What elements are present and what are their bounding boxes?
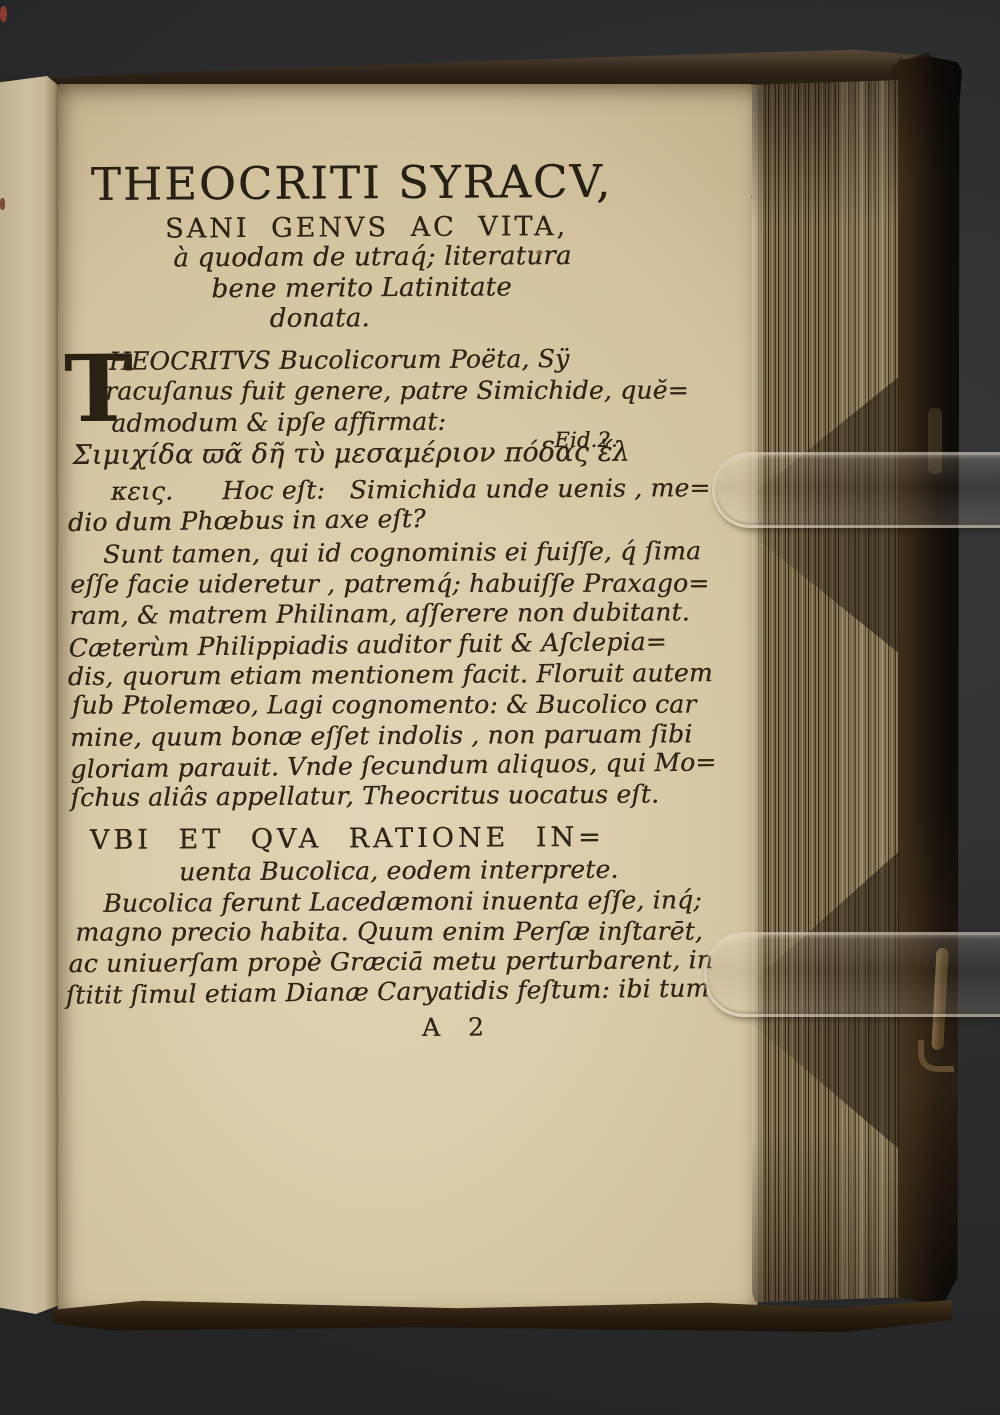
gathering-signature: A 2: [422, 1015, 485, 1040]
paragraph2-line: mine, quum bonæ eſſet indolis , non paru…: [70, 721, 692, 750]
page-title-line-2: SANI GENVS AC VITA,: [165, 213, 568, 242]
paragraph2-line: gloriam parauit. Vnde ſecundum aliquos, …: [70, 749, 716, 781]
paragraph1-line: racuſanus fuit genere, patre Simichide, …: [105, 378, 689, 404]
paragraph2-line: ſchus aliâs appellatur, Theocritus uocat…: [71, 781, 660, 810]
translation-line: κεις. Hoc eſt: Simichida unde uenis , me…: [111, 475, 711, 504]
paragraph2-line: eſſe facie uideretur , patremq́; habuiſſ…: [70, 571, 709, 597]
paragraph3-line: Bucolica ferunt Lacedæmoni inuenta eſſe,…: [103, 887, 702, 916]
paragraph3-line: ſtitit ſimul etiam Dianæ Caryatidis feſt…: [66, 975, 710, 1007]
book-photo-stage: THEOCRITI SYRACV, SANI GENVS AC VITA, à …: [0, 0, 1000, 1415]
book-right-cover-board: [898, 56, 962, 1308]
paragraph2-line: ſub Ptolemæo, Lagi cognomento: & Bucolic…: [72, 692, 697, 718]
paragraph1-line: admodum & ipſe affirmat:: [111, 409, 446, 436]
page-subtitle-line-1: à quodam de utraq́; literatura: [173, 243, 571, 271]
facing-page-gutter: [0, 76, 62, 1314]
transparent-page-weight-lower: [704, 932, 1000, 1017]
greek-quotation-line: Σιμιχίδα ϖᾶ δῆ τὺ μεσαμέριον πόδας ἕλ: [72, 439, 629, 469]
paragraph2-line: dis, quorum etiam mentionem facit. Floru…: [68, 660, 713, 689]
paragraph2-line: Cæterùm Philippiadis auditor fuit & Aſcl…: [69, 629, 668, 661]
paragraph3-line: magno precio habita. Quum enim Perſæ inſ…: [75, 919, 703, 945]
paragraph2-line: Sunt tamen, qui id cognominis ei fuiſſe,…: [103, 538, 701, 567]
book-page: THEOCRITI SYRACV, SANI GENVS AC VITA, à …: [58, 84, 758, 1314]
paragraph1-line: HEOCRITVS Bucolicorum Poëta, Sÿ: [109, 346, 570, 374]
translation-line: dio dum Phœbus in axe eſt?: [68, 506, 426, 535]
red-edge-mark: [0, 198, 5, 210]
transparent-page-weight-upper: [712, 452, 1000, 528]
page-subtitle-line-2: bene merito Latinitate: [211, 274, 512, 302]
red-edge-mark: [0, 6, 7, 22]
marginal-reference-note: Eid.2.: [554, 430, 618, 451]
section-heading-line-2: uenta Bucolica, eodem interprete.: [179, 857, 619, 885]
section-heading-line-1: VBI ET QVA RATIONE IN=: [90, 824, 605, 854]
page-text-layer: THEOCRITI SYRACV, SANI GENVS AC VITA, à …: [54, 82, 762, 1316]
paragraph2-line: ram, & matrem Philinam, aſſerere non dub…: [69, 599, 690, 628]
page-title-line-1: THEOCRITI SYRACV,: [91, 159, 613, 207]
page-subtitle-line-3: donata.: [270, 305, 370, 332]
ink-fleck: [536, 250, 543, 255]
clasp-hook: [918, 1040, 954, 1072]
paragraph3-line: ac uniuerſam propè Græciā metu perturbar…: [69, 947, 714, 976]
